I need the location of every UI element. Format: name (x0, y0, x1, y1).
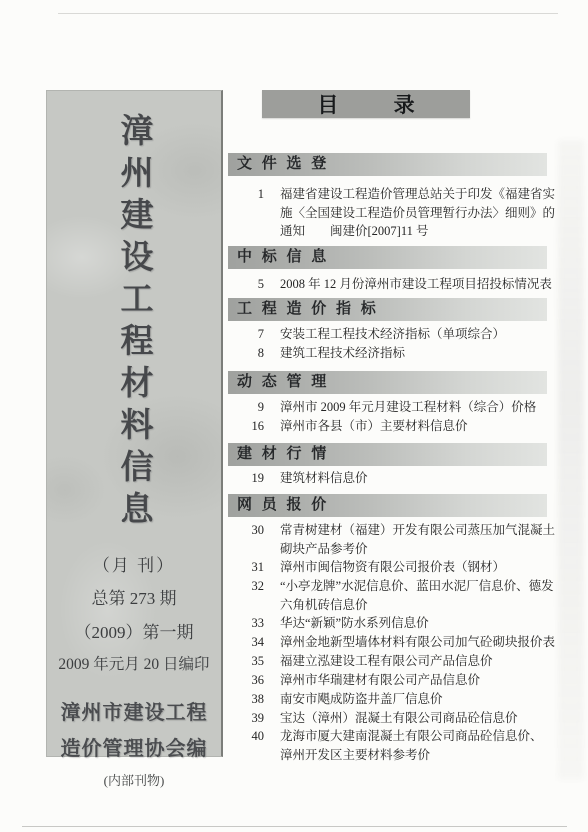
toc-entry-page-number: 1 (238, 185, 264, 241)
toc-entry-line: 2008 年 12 月份漳州市建设工程项目招投标情况表 (280, 275, 552, 294)
toc-entry-page-number: 35 (238, 652, 264, 671)
toc-entry-page-number: 7 (238, 325, 264, 344)
toc-entry-line: 通知 闽建价[2007]11 号 (280, 222, 555, 241)
toc-entry-text: 建筑材料信息价 (280, 469, 368, 488)
toc-entry-text: 常青树建材（福建）开发有限公司蒸压加气混凝土 砌块产品参考价 (280, 521, 555, 558)
toc-entry-page-number: 31 (238, 558, 264, 577)
toc-entry-text: 漳州市 2009 年元月建设工程材料（综合）价格 (280, 398, 536, 417)
toc-entry: 36 漳州市华瑞建材有限公司产品信息价 (238, 671, 552, 690)
toc-entry: 8 建筑工程技术经济指标 (238, 344, 552, 363)
cover-banner: 漳州建设工程材料信息 （月 刊） 总第 273 期 （2009）第一期 2009… (46, 90, 223, 757)
toc-entry-text: “小亭龙牌”水泥信息价、蓝田水泥厂信息价、德发 六角机砖信息价 (280, 577, 554, 614)
toc-entry-text: 漳州金地新型墙体材料有限公司加气砼砌块报价表 (280, 633, 555, 652)
toc-entry-line: 宝达（漳州）混凝土有限公司商品砼信息价 (280, 709, 518, 728)
toc-entry-line: 福建立泓建设工程有限公司产品信息价 (280, 652, 493, 671)
section-header-materials-market: 建 材 行 情 (228, 443, 547, 466)
toc-entry-page-number: 5 (238, 275, 264, 294)
toc-entry: 40 龙海市厦大建南混凝土有限公司商品砼信息价、 漳州开发区主要材料参考价 (238, 727, 552, 764)
toc-entry-page-number: 16 (238, 417, 264, 436)
internal-publication-label: (内部刊物) (104, 770, 165, 789)
toc-entry: 31 漳州市闽信物资有限公司报价表（钢材） (238, 558, 552, 577)
toc-entry: 1 福建省建设工程造价管理总站关于印发《福建省实 施〈全国建设工程造价员管理暂行… (238, 185, 552, 241)
toc-entry-line: 漳州金地新型墙体材料有限公司加气砼砌块报价表 (280, 633, 555, 652)
toc-entry: 33 华达“新颖”防水系列信息价 (238, 614, 552, 633)
toc-entry-line: 建筑材料信息价 (280, 469, 368, 488)
toc-title: 目 录 (262, 90, 470, 118)
toc-entry-line: 福建省建设工程造价管理总站关于印发《福建省实 (280, 185, 555, 204)
toc-entry-line: 六角机砖信息价 (280, 596, 554, 615)
toc-entry-page-number: 19 (238, 469, 264, 488)
toc-entry-page-number: 32 (238, 577, 264, 614)
toc-entry-page-number: 36 (238, 671, 264, 690)
publication-info: （月 刊） 总第 273 期 （2009）第一期 2009 年元月 20 日编印… (47, 549, 221, 789)
toc-entry-page-number: 8 (238, 344, 264, 363)
toc-entry: 34 漳州金地新型墙体材料有限公司加气砼砌块报价表 (238, 633, 552, 652)
toc-entry-line: 建筑工程技术经济指标 (280, 344, 405, 363)
toc-entry-text: 华达“新颖”防水系列信息价 (280, 614, 429, 633)
monthly-label: （月 刊） (93, 551, 175, 576)
toc-entry-text: 漳州市闽信物资有限公司报价表（钢材） (280, 558, 505, 577)
toc-title-char-2: 录 (394, 89, 415, 119)
section-header-dynamic-management: 动 态 管 理 (228, 371, 547, 394)
toc-entry-text: 2008 年 12 月份漳州市建设工程项目招投标情况表 (280, 275, 552, 294)
issue-current: （2009）第一期 (75, 618, 194, 643)
section-header-documents: 文 件 选 登 (228, 153, 547, 176)
toc-entry-text: 宝达（漳州）混凝土有限公司商品砼信息价 (280, 709, 518, 728)
toc-entry-line: 常青树建材（福建）开发有限公司蒸压加气混凝土 (280, 521, 555, 540)
scanned-document-page: 漳州建设工程材料信息 （月 刊） 总第 273 期 （2009）第一期 2009… (0, 0, 588, 832)
toc-entry-line: “小亭龙牌”水泥信息价、蓝田水泥厂信息价、德发 (280, 577, 554, 596)
toc-entry-text: 龙海市厦大建南混凝土有限公司商品砼信息价、 漳州开发区主要材料参考价 (280, 727, 543, 764)
toc-entry-line: 漳州市 2009 年元月建设工程材料（综合）价格 (280, 398, 536, 417)
toc-entry-line: 漳州市各县（市）主要材料信息价 (280, 417, 468, 436)
toc-entry-line: 砌块产品参考价 (280, 540, 555, 559)
toc-entry-page-number: 9 (238, 398, 264, 417)
section-header-bid-results: 中 标 信 息 (228, 246, 547, 269)
toc-entry-line: 南安市飓成防盗井盖厂信息价 (280, 690, 443, 709)
toc-entry: 7 安装工程工程技术经济指标（单项综合） (238, 325, 552, 344)
toc-entry-line: 漳州市闽信物资有限公司报价表（钢材） (280, 558, 505, 577)
toc-entry: 32 “小亭龙牌”水泥信息价、蓝田水泥厂信息价、德发 六角机砖信息价 (238, 577, 552, 614)
toc-title-char-1: 目 (317, 89, 338, 119)
toc-entry-line: 龙海市厦大建南混凝土有限公司商品砼信息价、 (280, 727, 543, 746)
scan-artifact-line-top (58, 13, 558, 14)
issue-total: 总第 273 期 (92, 584, 177, 609)
toc-entry-line: 漳州开发区主要材料参考价 (280, 746, 543, 765)
toc-entry-line: 施〈全国建设工程造价员管理暂行办法〉细则》的 (280, 204, 555, 223)
toc-entry-page-number: 38 (238, 690, 264, 709)
toc-entry: 30 常青树建材（福建）开发有限公司蒸压加气混凝土 砌块产品参考价 (238, 521, 552, 558)
toc-entry-page-number: 30 (238, 521, 264, 558)
section-header-cost-index: 工 程 造 价 指 标 (228, 298, 547, 321)
toc-entry: 39 宝达（漳州）混凝土有限公司商品砼信息价 (238, 709, 552, 728)
toc-entry: 5 2008 年 12 月份漳州市建设工程项目招投标情况表 (238, 275, 552, 294)
print-date: 2009 年元月 20 日编印 (58, 652, 209, 674)
toc-entry-page-number: 33 (238, 614, 264, 633)
section-header-member-quotes: 网 员 报 价 (228, 494, 547, 517)
toc-entry-line: 安装工程工程技术经济指标（单项综合） (280, 325, 505, 344)
toc-entry: 35 福建立泓建设工程有限公司产品信息价 (238, 652, 552, 671)
toc-entry: 16 漳州市各县（市）主要材料信息价 (238, 417, 552, 436)
toc-entry-line: 华达“新颖”防水系列信息价 (280, 614, 429, 633)
publisher-line-1: 漳州市建设工程 (61, 696, 208, 725)
toc-entry-page-number: 39 (238, 709, 264, 728)
toc-entry-page-number: 34 (238, 633, 264, 652)
scan-artifact-line-bottom (22, 826, 567, 827)
toc-entry-text: 福建省建设工程造价管理总站关于印发《福建省实 施〈全国建设工程造价员管理暂行办法… (280, 185, 555, 241)
toc-entry-text: 安装工程工程技术经济指标（单项综合） (280, 325, 505, 344)
scan-artifact-smudge (558, 140, 584, 780)
toc-entry-text: 福建立泓建设工程有限公司产品信息价 (280, 652, 493, 671)
toc-entry: 19 建筑材料信息价 (238, 469, 552, 488)
publisher-line-2: 造价管理协会编 (61, 732, 208, 761)
toc-entry-text: 漳州市华瑞建材有限公司产品信息价 (280, 671, 480, 690)
toc-entry-text: 建筑工程技术经济指标 (280, 344, 405, 363)
toc-entry-text: 漳州市各县（市）主要材料信息价 (280, 417, 468, 436)
toc-entry-line: 漳州市华瑞建材有限公司产品信息价 (280, 671, 480, 690)
toc-entry: 38 南安市飓成防盗井盖厂信息价 (238, 690, 552, 709)
toc-entry-text: 南安市飓成防盗井盖厂信息价 (280, 690, 443, 709)
toc-entry: 9 漳州市 2009 年元月建设工程材料（综合）价格 (238, 398, 552, 417)
publication-title-vertical: 漳州建设工程材料信息 (111, 113, 158, 565)
toc-entry-page-number: 40 (238, 727, 264, 764)
